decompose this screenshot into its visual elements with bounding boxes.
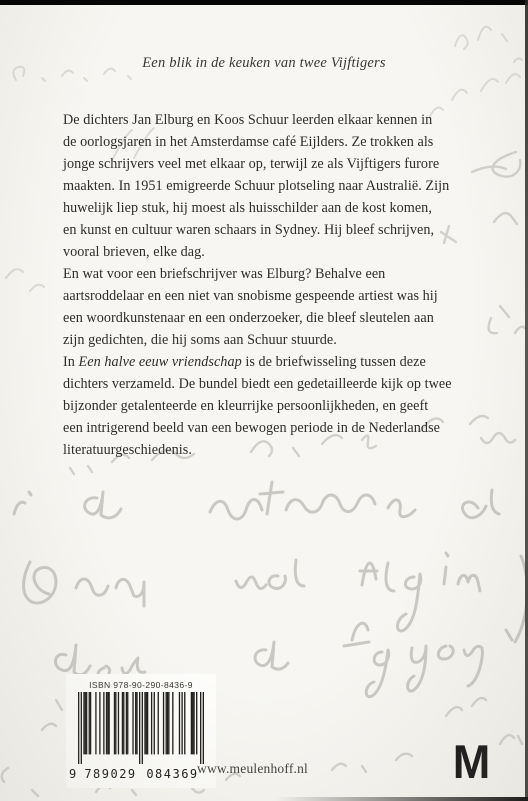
- blurb-line-suffix: is de briefwisseling tussen deze: [242, 354, 426, 370]
- book-title-italic: Een halve eeuw vriendschap: [79, 354, 242, 370]
- barcode-bars: [78, 692, 204, 764]
- text-line: In Een halve eeuw vriendschap is de brie…: [63, 351, 452, 373]
- text-line: literatuurgeschiedenis.: [63, 439, 452, 461]
- isbn-label: ISBN 978-90-290-8436-9: [66, 680, 216, 690]
- meulenhoff-logo: M: [453, 738, 491, 785]
- text-line: de oorlogsjaren in het Amsterdamse café …: [63, 131, 452, 153]
- publisher-website-url: www.meulenhoff.nl: [197, 761, 308, 777]
- text-line: een woordkunstenaar en een onderzoeker, …: [63, 307, 452, 329]
- text-line: huwelijk liep stuk, hij moest als huissc…: [63, 197, 452, 219]
- blurb-text: De dichters Jan Elburg en Koos Schuur le…: [63, 109, 452, 461]
- cover-tagline: Een blik in de keuken van twee Vijftiger…: [0, 55, 528, 72]
- barcode-digits-group1: 789029: [83, 767, 138, 782]
- photo-edge-bottom: [275, 797, 528, 801]
- text-line: jonge schrijvers veel met elkaar op, ter…: [63, 153, 452, 175]
- text-line: zijn gedichten, die hij soms aan Schuur …: [63, 329, 452, 351]
- blurb-paragraph-3: In Een halve eeuw vriendschap is de brie…: [63, 351, 452, 461]
- barcode-digits: 9 789029 084369: [66, 767, 216, 782]
- blurb-paragraph-1: De dichters Jan Elburg en Koos Schuur le…: [63, 109, 452, 263]
- blurb-paragraph-2: En wat voor een briefschrijver was Elbur…: [63, 263, 452, 351]
- barcode-digits-group2: 084369: [145, 767, 200, 782]
- book-back-cover: Een blik in de keuken van twee Vijftiger…: [0, 0, 528, 801]
- barcode-block: ISBN 978-90-290-8436-9 9 789029 084369: [66, 674, 216, 788]
- text-line: een intrigerend beeld van een bewogen pe…: [63, 417, 452, 439]
- text-line: En wat voor een briefschrijver was Elbur…: [63, 263, 452, 285]
- text-line: maakten. In 1951 emigreerde Schuur plots…: [63, 175, 452, 197]
- text-line: vooral brieven, elke dag.: [63, 241, 452, 263]
- photo-edge-top: [0, 0, 528, 5]
- blurb-line-prefix: In: [63, 354, 79, 370]
- text-line: bijzonder getalenteerde en kleurrijke pe…: [63, 395, 452, 417]
- text-line: en kunst en cultuur waren schaars in Syd…: [63, 219, 452, 241]
- text-line: aartsroddelaar en een niet van snobisme …: [63, 285, 452, 307]
- barcode-digit-lead: 9: [69, 767, 76, 782]
- text-line: De dichters Jan Elburg en Koos Schuur le…: [63, 109, 452, 131]
- text-line: dichters verzameld. De bundel biedt een …: [63, 373, 452, 395]
